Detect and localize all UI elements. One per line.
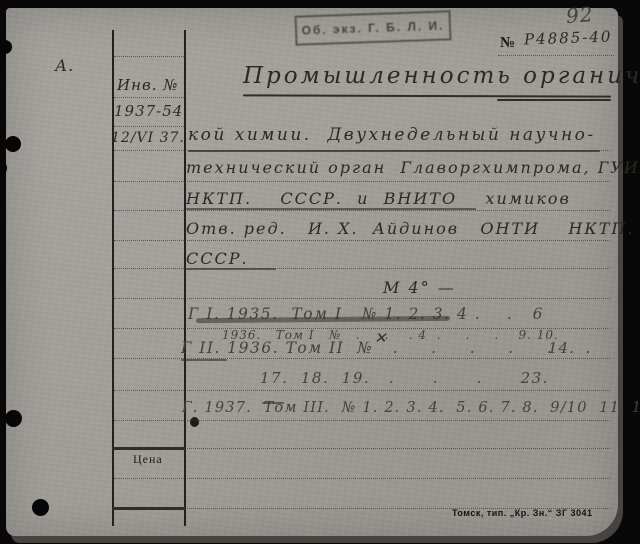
registration-number-label: № [500,35,515,52]
rule-line [114,478,610,479]
hand-underline [188,150,600,152]
hand-underline [181,359,227,361]
punch-hole [5,410,22,427]
page-number: 92 [565,3,594,27]
rule-line [114,126,184,127]
scan-area: 92 Об. экз. Г. Б. Л. И. № Р4885-40 А. Ин… [0,0,640,544]
holdings-1936-cont: 17. 18. 19. . . . 23. [260,370,549,387]
hand-underline [186,208,476,210]
holdings-1937: Г. 1937. Том III. № 1. 2. 3. 4. 5. 6. 7.… [182,401,640,417]
rule-line [498,55,614,56]
printer-imprint: Томск, тип. „Кр. Зн.“ ЗГ 3041 [452,508,593,518]
rule-line [114,298,610,299]
rule-line [114,448,610,449]
column-right-rule [184,30,186,526]
title-underline-2 [497,99,611,101]
rule-line [114,210,610,211]
holdings-1936: Г II. 1936. Том II № . . . . . . [181,340,592,357]
hand-underline [184,268,276,270]
numeral-overline [262,402,284,404]
registration-number-value: Р4885-40 [524,28,613,48]
rule-line [114,56,184,57]
library-stamp: Об. экз. Г. Б. Л. И. [295,10,452,45]
punch-hole [5,136,21,152]
entry-line3: технический орган Главоргхимпрома, ГУИВ. [186,159,640,177]
letter-mark: А. [55,57,74,75]
entry-title-line1: Промышленность органичес- [243,64,640,89]
entry-title-line2: кой химии. Двухнедельный научно- [188,126,596,145]
inventory-years: 1937-54 [114,103,183,120]
price-cell-bottom-rule [112,507,186,510]
ink-blot [190,417,199,427]
price-label: Цена [133,452,163,467]
entry-line4: НКТП. СССР. и ВНИТО химиков [186,190,571,208]
holdings-1936-tail: 14. [548,340,575,357]
rule-line [114,420,610,421]
format-note: М 4° — [383,279,456,297]
rule-line [114,240,610,241]
price-cell-top-rule [112,447,186,450]
inventory-date: 12/VI 37. [111,131,185,146]
rule-line [114,97,184,98]
rule-line [114,390,610,391]
archival-card-scan: { "card": { "page_number": "92", "stamp_… [0,0,640,544]
ink-spot [32,499,49,516]
inventory-label: Инв. № [117,77,178,94]
entry-line6: СССР. [186,250,249,268]
rule-line [114,181,610,182]
entry-line5: Отв. ред. И. Х. Айдинов ОНТИ НКТП. [186,220,634,238]
